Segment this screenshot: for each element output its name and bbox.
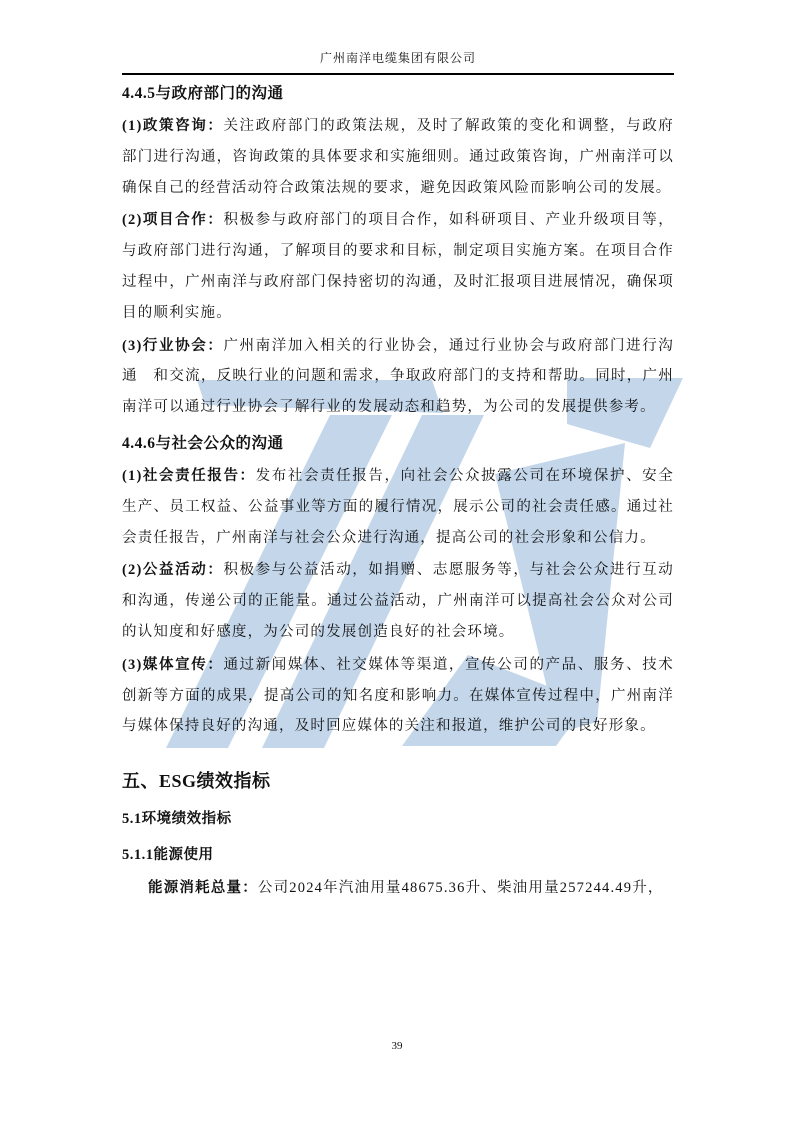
paragraph-label: 能源消耗总量： <box>148 880 258 896</box>
document-page: 广州南洋电缆集团有限公司 4.4.5与政府部门的沟通 (1)政策咨询：关注政府部… <box>0 0 794 1123</box>
document-header-company-name: 广州南洋电缆集团有限公司 <box>122 50 674 66</box>
page-number: 39 <box>0 1040 794 1052</box>
header-divider <box>122 73 674 75</box>
paragraph-label: (3)媒体宣传： <box>122 657 223 673</box>
paragraph-industry-association: (3)行业协会：广州南洋加入相关的行业协会，通过行业协会与政府部门进行沟通 和交… <box>122 331 674 423</box>
paragraph-label: (2)公益活动： <box>122 562 223 578</box>
paragraph-policy-consultation: (1)政策咨询：关注政府部门的政策法规，及时了解政策的变化和调整，与政府部门进行… <box>122 111 674 203</box>
paragraph-label: (1)社会责任报告： <box>122 468 256 484</box>
paragraph-text: 积极参与政府部门的项目合作，如科研项目、产业升级项目等，与政府部门进行沟通，了解… <box>122 212 674 320</box>
heading-5-1-1-energy-use: 5.1.1能源使用 <box>122 846 674 865</box>
paragraph-project-cooperation: (2)项目合作：积极参与政府部门的项目合作，如科研项目、产业升级项目等，与政府部… <box>122 205 674 328</box>
paragraph-label: (1)政策咨询： <box>122 118 223 134</box>
heading-5-esg-indicators: 五、ESG绩效指标 <box>122 770 674 793</box>
paragraph-energy-consumption-total: 能源消耗总量：公司2024年汽油用量48675.36升、柴油用量257244.4… <box>122 873 674 904</box>
paragraph-label: (2)项目合作： <box>122 212 223 228</box>
paragraph-label: (3)行业协会： <box>122 338 223 354</box>
paragraph-public-welfare-activities: (2)公益活动：积极参与公益活动，如捐赠、志愿服务等，与社会公众进行互动和沟通，… <box>122 555 674 647</box>
page-content: 广州南洋电缆集团有限公司 4.4.5与政府部门的沟通 (1)政策咨询：关注政府部… <box>122 50 674 904</box>
heading-4-4-5: 4.4.5与政府部门的沟通 <box>122 84 674 104</box>
heading-4-4-6: 4.4.6与社会公众的沟通 <box>122 434 674 454</box>
paragraph-text: 公司2024年汽油用量48675.36升、柴油用量257244.49升， <box>258 880 664 896</box>
paragraph-media-publicity: (3)媒体宣传：通过新闻媒体、社交媒体等渠道，宣传公司的产品、服务、技术创新等方… <box>122 650 674 742</box>
heading-5-1-environmental-indicators: 5.1环境绩效指标 <box>122 810 674 829</box>
paragraph-social-responsibility-report: (1)社会责任报告：发布社会责任报告，向社会公众披露公司在环境保护、安全生产、员… <box>122 461 674 553</box>
